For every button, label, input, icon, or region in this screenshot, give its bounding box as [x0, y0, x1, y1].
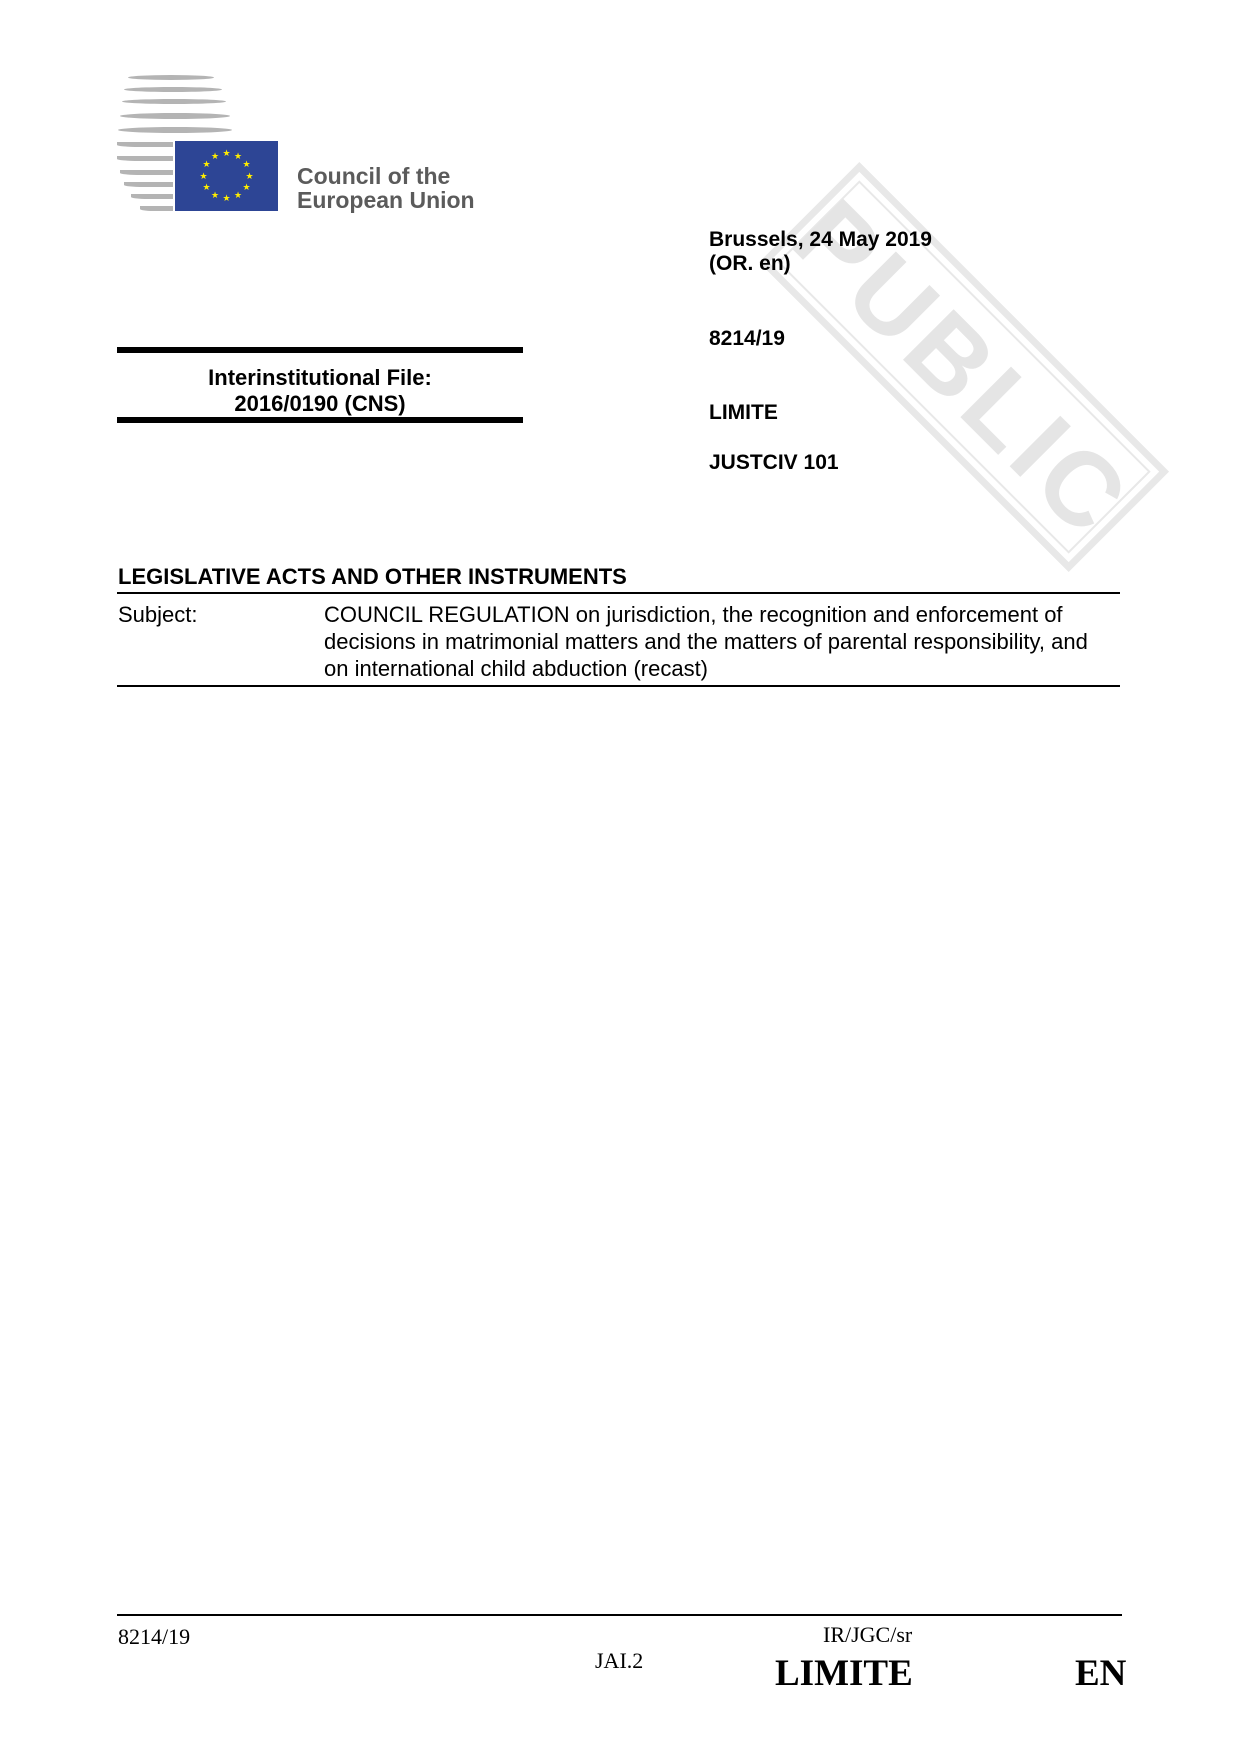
svg-text:★: ★ [242, 160, 250, 170]
subject-top-rule [117, 592, 1120, 594]
original-language: (OR. en) [709, 252, 932, 276]
svg-text:★: ★ [202, 160, 210, 170]
footer-document-number: 8214/19 [118, 1624, 190, 1650]
document-number: 8214/19 [709, 327, 785, 351]
institution-name-line2: European Union [297, 188, 475, 212]
document-code: JUSTCIV 101 [709, 451, 839, 475]
svg-text:★: ★ [234, 152, 242, 162]
subject-bottom-rule [117, 685, 1120, 687]
institution-name-line1: Council of the [297, 164, 475, 188]
interinstitutional-file-box: Interinstitutional File: 2016/0190 (CNS) [117, 347, 523, 423]
svg-text:★: ★ [234, 191, 242, 201]
interinstitutional-file-label: Interinstitutional File: [117, 365, 523, 391]
svg-text:★: ★ [211, 152, 219, 162]
council-logo: ★ ★ ★ ★ ★ ★ ★ ★ ★ ★ ★ ★ Council of the E… [0, 0, 500, 230]
svg-text:★: ★ [199, 172, 207, 182]
footer-rule [117, 1614, 1122, 1616]
institution-name: Council of the European Union [297, 164, 475, 212]
subject-label: Subject: [118, 601, 198, 628]
classification-label: LIMITE [709, 401, 778, 425]
footer-initials: IR/JGC/sr [823, 1622, 912, 1648]
document-meta-date: Brussels, 24 May 2019 (OR. en) [709, 228, 932, 276]
svg-text:★: ★ [211, 191, 219, 201]
interinstitutional-file-number: 2016/0190 (CNS) [117, 391, 523, 417]
subject-text: COUNCIL REGULATION on jurisdiction, the … [324, 601, 1114, 682]
svg-text:★: ★ [222, 149, 230, 159]
public-watermark: PUBLIC [759, 162, 1169, 572]
svg-text:★: ★ [242, 183, 250, 193]
footer-language: EN [1075, 1652, 1126, 1695]
section-heading: LEGISLATIVE ACTS AND OTHER INSTRUMENTS [118, 564, 627, 590]
footer-department: JAI.2 [595, 1648, 643, 1674]
place-date: Brussels, 24 May 2019 [709, 228, 932, 252]
eu-flag-icon: ★ ★ ★ ★ ★ ★ ★ ★ ★ ★ ★ ★ [175, 141, 278, 211]
svg-text:★: ★ [245, 172, 253, 182]
svg-text:★: ★ [202, 183, 210, 193]
footer-classification: LIMITE [775, 1652, 913, 1695]
svg-text:★: ★ [222, 194, 230, 204]
